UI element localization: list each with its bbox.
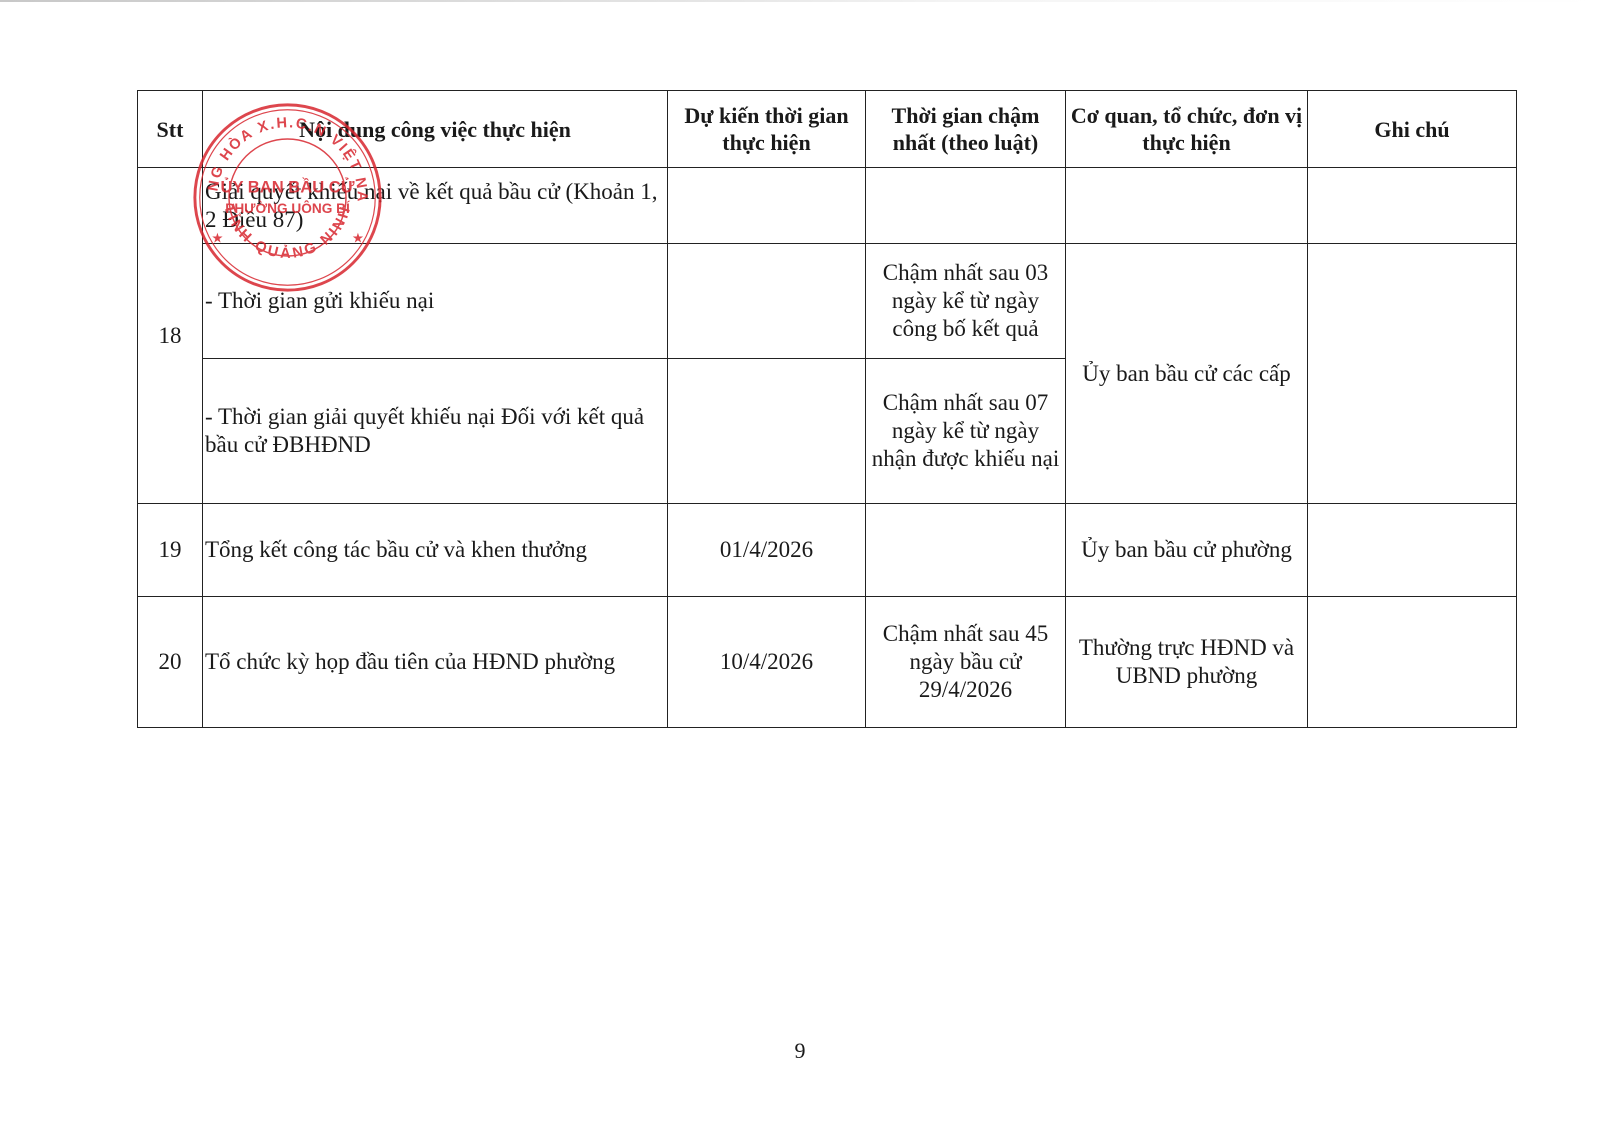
cell-content: - Thời gian giải quyết khiếu nại Đối với… [203,359,668,504]
scan-top-edge [0,0,1600,2]
cell-plan-time [668,359,866,504]
cell-content: - Thời gian gửi khiếu nại [203,244,668,359]
cell-org: Ủy ban bầu cử các cấp [1066,244,1308,504]
cell-plan-time [668,244,866,359]
cell-stt: 18 [138,168,203,504]
header-deadline: Thời gian chậm nhất (theo luật) [866,91,1066,168]
cell-deadline [866,168,1066,244]
cell-note [1308,244,1517,504]
table-subrow: - Thời gian gửi khiếu nại Chậm nhất sau … [138,244,1517,359]
cell-content: Tổ chức kỳ họp đầu tiên của HĐND phường [203,597,668,728]
cell-deadline: Chậm nhất sau 07 ngày kể từ ngày nhận đư… [866,359,1066,504]
cell-stt: 19 [138,504,203,597]
cell-org: Thường trực HĐND và UBND phường [1066,597,1308,728]
cell-deadline: Chậm nhất sau 03 ngày kể từ ngày công bố… [866,244,1066,359]
cell-note [1308,168,1517,244]
header-stt: Stt [138,91,203,168]
cell-plan-time [668,168,866,244]
header-org: Cơ quan, tổ chức, đơn vị thực hiện [1066,91,1308,168]
cell-org: Ủy ban bầu cử phường [1066,504,1308,597]
header-content: Nội dung công việc thực hiện [203,91,668,168]
cell-plan-time: 10/4/2026 [668,597,866,728]
election-schedule-table: Stt Nội dung công việc thực hiện Dự kiến… [137,90,1517,728]
page-number: 9 [0,1038,1600,1064]
header-note: Ghi chú [1308,91,1517,168]
cell-deadline: Chậm nhất sau 45 ngày bầu cử 29/4/2026 [866,597,1066,728]
table-header-row: Stt Nội dung công việc thực hiện Dự kiến… [138,91,1517,168]
table-row: 19 Tổng kết công tác bầu cử và khen thưở… [138,504,1517,597]
cell-note [1308,504,1517,597]
cell-plan-time: 01/4/2026 [668,504,866,597]
cell-deadline [866,504,1066,597]
cell-stt: 20 [138,597,203,728]
cell-note [1308,597,1517,728]
cell-org [1066,168,1308,244]
header-plan-time: Dự kiến thời gian thực hiện [668,91,866,168]
table-row: 18 Giải quyết khiếu nại về kết quả bầu c… [138,168,1517,244]
table-row: 20 Tổ chức kỳ họp đầu tiên của HĐND phườ… [138,597,1517,728]
cell-content: Tổng kết công tác bầu cử và khen thưởng [203,504,668,597]
cell-content: Giải quyết khiếu nại về kết quả bầu cử (… [203,168,668,244]
